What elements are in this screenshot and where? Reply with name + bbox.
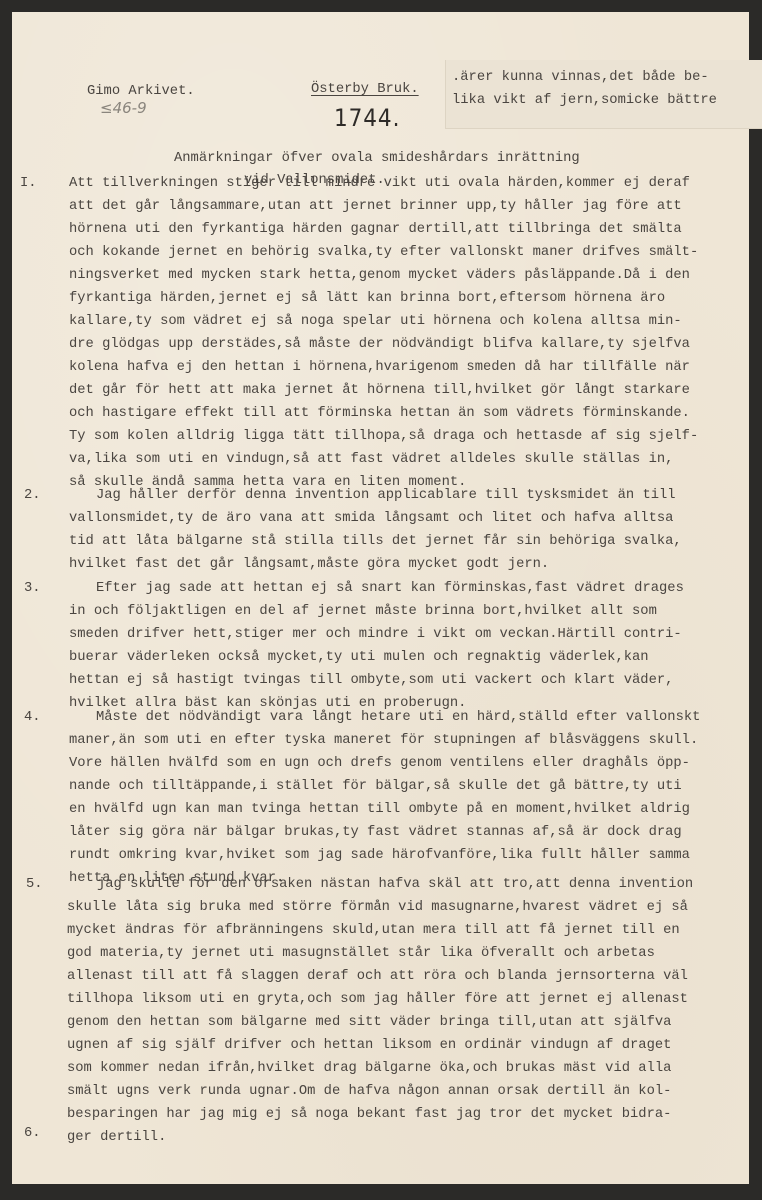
text-line: smeden drifver hett,stiger mer och mindr…	[69, 623, 682, 646]
text-line: Att tillverkningen stiger till mindre vi…	[69, 172, 690, 195]
text-line: Ty som kolen alldrig ligga tätt tillhopa…	[69, 425, 698, 448]
section-number: I.	[20, 172, 37, 195]
text-line: rundt omkring kvar,hviket som jag sade h…	[69, 844, 690, 867]
text-line: god materia,ty jernet uti masugnstället …	[67, 942, 655, 965]
text-line: ger dertill.	[67, 1126, 166, 1149]
text-line: allenast till att få slaggen deraf och a…	[67, 965, 688, 988]
text-line: och kokande jernet en behörig svalka,ty …	[69, 241, 698, 264]
text-line: mycket ändras för afbränningens skuld,ut…	[67, 919, 680, 942]
text-line: va,lika som uti en vindugn,så att fast v…	[69, 448, 673, 471]
text-line: fyrkantiga härden,jernet ej så lätt kan …	[69, 287, 665, 310]
text-line: som kommer nedan ifrån,hvilket drag bälg…	[67, 1057, 671, 1080]
document-body: I.Att tillverkningen stiger till mindre …	[12, 12, 749, 1184]
text-line: kolena hafva ej den hettan i hörnena,hva…	[69, 356, 690, 379]
section-number: 3.	[24, 577, 41, 600]
section-number: 6.	[24, 1122, 41, 1145]
text-line: ningsverket med mycken stark hetta,genom…	[69, 264, 690, 287]
section-number: 2.	[24, 484, 41, 507]
text-line: och hastigare effekt till att förminska …	[69, 402, 690, 425]
text-line: låter sig göra när bälgar brukas,ty fast…	[69, 821, 682, 844]
text-line: skulle låta sig bruka med större förmån …	[67, 896, 688, 919]
text-line: nande och tilltäppande,i stället för bäl…	[69, 775, 682, 798]
text-line: hettan ej så hastigt tvingas till ombyte…	[69, 669, 673, 692]
text-line: in och följaktligen en del af jernet mås…	[69, 600, 657, 623]
text-line: det går för hett att maka jernet åt hörn…	[69, 379, 690, 402]
text-line: hörnena uti den fyrkantiga härden gagnar…	[69, 218, 682, 241]
text-line: Vore hällen hvälfd som en ugn och drefs …	[69, 752, 690, 775]
text-line: jag skulle för den orsaken nästan hafva …	[97, 873, 693, 896]
text-line: maner,än som uti en efter tyska maneret …	[69, 729, 698, 752]
text-line: Jag håller derför denna invention applic…	[96, 484, 676, 507]
text-line: vallonsmidet,ty de äro vana att smida lå…	[69, 507, 673, 530]
text-line: kallare,ty som vädret ej så noga spelar …	[69, 310, 682, 333]
text-line: genom den hettan som bälgarne med sitt v…	[67, 1011, 671, 1034]
text-line: Efter jag sade att hettan ej så snart ka…	[96, 577, 684, 600]
text-line: hvilket fast det går långsamt,måste göra…	[69, 553, 549, 576]
section-number: 5.	[26, 873, 43, 896]
text-line: besparingen har jag mig ej så noga bekan…	[67, 1103, 671, 1126]
text-line: en hvälfd ugn kan man tvinga hettan till…	[69, 798, 690, 821]
text-line: dre glödgas upp derstädes,så måste der n…	[69, 333, 690, 356]
document-page: Gimo Arkivet. ≤46-9 Österby Bruk. 1744. …	[12, 12, 749, 1184]
text-line: Måste det nödvändigt vara långt hetare u…	[96, 706, 700, 729]
text-line: tillhopa liksom uti en gryta,och som jag…	[67, 988, 688, 1011]
text-line: smält ugns verk runda ugnar.Om de hafva …	[67, 1080, 671, 1103]
text-line: buerar väderleken också mycket,ty uti mu…	[69, 646, 649, 669]
text-line: att det går långsammare,utan att jernet …	[69, 195, 682, 218]
text-line: tid att låta bälgarne stå stilla tills d…	[69, 530, 682, 553]
section-number: 4.	[24, 706, 41, 729]
text-line: ugnen af sig själf drifver och hettan li…	[67, 1034, 671, 1057]
